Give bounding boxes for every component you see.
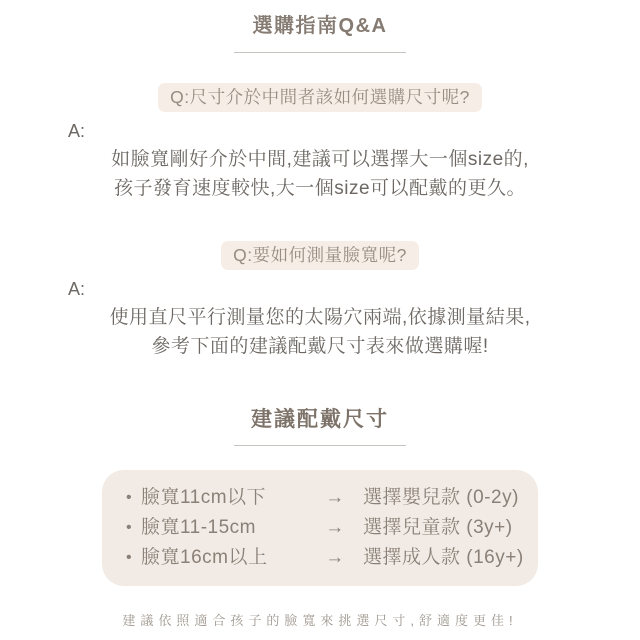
footer-note: 建議依照適合孩子的臉寬來挑選尺寸,舒適度更佳! <box>0 612 640 630</box>
answer-line-1: 使用直尺平行測量您的太陽穴兩端,依據測量結果, <box>109 307 530 328</box>
arrow-right-icon: → <box>307 483 363 513</box>
arrow-right-icon: → <box>307 543 363 573</box>
size-recommendation-box: • 臉寬11cm以下 → 選擇嬰兒款 (0-2y) • 臉寬11-15cm → … <box>102 470 538 586</box>
recommendation-label: 選擇兒童款 (3y+) <box>363 513 538 543</box>
size-row-infant: • 臉寬11cm以下 → 選擇嬰兒款 (0-2y) <box>117 483 538 513</box>
answer-line-2: 參考下面的建議配戴尺寸表來做選購喔! <box>151 336 488 357</box>
question-badge: Q:要如何測量臉寬呢? <box>221 241 419 270</box>
bullet-icon: • <box>117 543 141 573</box>
answer-text: 如臉寬剛好介於中間,建議可以選擇大一個size的, 孩子發育速度較快,大一個si… <box>0 146 640 203</box>
question-badge: Q:尺寸介於中間者該如何選購尺寸呢? <box>158 83 482 112</box>
face-width-label: 臉寬16cm以上 <box>141 543 307 573</box>
bullet-icon: • <box>117 483 141 513</box>
title-divider <box>234 52 406 53</box>
qa-block-measure-face: Q:要如何測量臉寬呢? A: 使用直尺平行測量您的太陽穴兩端,依據測量結果, 參… <box>0 241 640 361</box>
size-section-divider <box>234 445 406 446</box>
page-title: 選購指南Q&A <box>0 0 640 38</box>
answer-label: A: <box>68 278 640 300</box>
qa-block-size-between: Q:尺寸介於中間者該如何選購尺寸呢? A: 如臉寬剛好介於中間,建議可以選擇大一… <box>0 83 640 203</box>
question-row: Q:要如何測量臉寬呢? <box>0 241 640 270</box>
answer-text: 使用直尺平行測量您的太陽穴兩端,依據測量結果, 參考下面的建議配戴尺寸表來做選購… <box>0 304 640 361</box>
face-width-label: 臉寬11-15cm <box>141 513 307 543</box>
size-row-adult: • 臉寬16cm以上 → 選擇成人款 (16y+) <box>117 543 538 573</box>
arrow-right-icon: → <box>307 513 363 543</box>
size-row-child: • 臉寬11-15cm → 選擇兒童款 (3y+) <box>117 513 538 543</box>
recommendation-label: 選擇成人款 (16y+) <box>363 543 538 573</box>
recommendation-label: 選擇嬰兒款 (0-2y) <box>363 483 538 513</box>
bullet-icon: • <box>117 513 141 543</box>
size-guide-page: 選購指南Q&A Q:尺寸介於中間者該如何選購尺寸呢? A: 如臉寬剛好介於中間,… <box>0 0 640 640</box>
question-row: Q:尺寸介於中間者該如何選購尺寸呢? <box>0 83 640 112</box>
answer-label: A: <box>68 120 640 142</box>
face-width-label: 臉寬11cm以下 <box>141 483 307 513</box>
size-section-title: 建議配戴尺寸 <box>0 407 640 432</box>
answer-line-1: 如臉寬剛好介於中間,建議可以選擇大一個size的, <box>111 149 529 170</box>
answer-line-2: 孩子發育速度較快,大一個size可以配戴的更久。 <box>114 178 526 199</box>
